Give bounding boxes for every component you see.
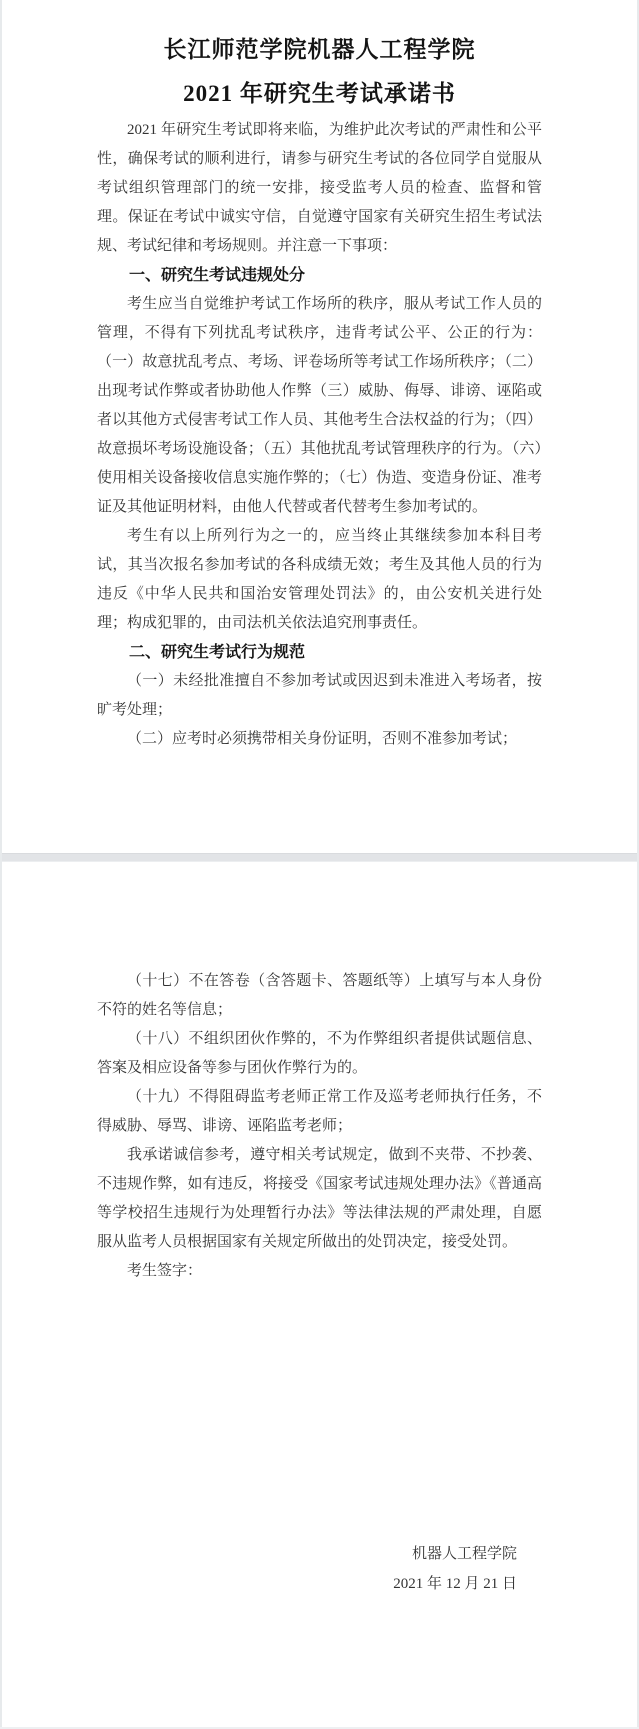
rule-item-17: （十七）不在答卷（含答题卡、答题纸等）上填写与本人身份不符的姓名等信息； bbox=[97, 967, 542, 1025]
section-1-paragraph-2: 考生有以上所列行为之一的，应当终止其继续参加本科目考试，其当次报名参加考试的各科… bbox=[97, 522, 542, 638]
document-viewer: 长江师范学院机器人工程学院 2021 年研究生考试承诺书 2021 年研究生考试… bbox=[0, 0, 639, 1729]
doc-title-line-2: 2021 年研究生考试承诺书 bbox=[97, 72, 542, 116]
page-separator bbox=[0, 853, 639, 862]
document-page-2: （十七）不在答卷（含答题卡、答题纸等）上填写与本人身份不符的姓名等信息； （十八… bbox=[2, 862, 637, 1729]
section-1-heading: 一、研究生考试违规处分 bbox=[97, 261, 542, 290]
doc-title-line-1: 长江师范学院机器人工程学院 bbox=[97, 28, 542, 72]
rule-item-2: （二）应考时必须携带相关身份证明，否则不准参加考试； bbox=[97, 725, 542, 754]
left-page-edge bbox=[0, 0, 2, 1729]
rule-item-1: （一）未经批准擅自不参加考试或因迟到未准进入考场者，按旷考处理； bbox=[97, 667, 542, 725]
signer-name: 机器人工程学院 bbox=[97, 1539, 517, 1569]
signature-block: 机器人工程学院 2021 年 12 月 21 日 bbox=[97, 1539, 542, 1599]
section-2-heading: 二、研究生考试行为规范 bbox=[97, 638, 542, 667]
section-1-paragraph-1: 考生应当自觉维护考试工作场所的秩序，服从考试工作人员的管理，不得有下列扰乱考试秩… bbox=[97, 290, 542, 522]
rule-item-19: （十九）不得阻碍监考老师正常工作及巡考老师执行任务，不得威胁、辱骂、诽谤、诬陷监… bbox=[97, 1083, 542, 1141]
rule-item-18: （十八）不组织团伙作弊的，不为作弊组织者提供试题信息、答案及相应设备等参与团伙作… bbox=[97, 1025, 542, 1083]
commitment-paragraph: 我承诺诚信参考，遵守相关考试规定，做到不夹带、不抄袭、不违规作弊，如有违反，将接… bbox=[97, 1141, 542, 1257]
intro-paragraph: 2021 年研究生考试即将来临，为维护此次考试的严肃性和公平性，确保考试的顺利进… bbox=[97, 116, 542, 261]
signature-label: 考生签字： bbox=[97, 1257, 542, 1286]
document-page-1: 长江师范学院机器人工程学院 2021 年研究生考试承诺书 2021 年研究生考试… bbox=[2, 0, 637, 853]
signature-date: 2021 年 12 月 21 日 bbox=[97, 1569, 517, 1599]
